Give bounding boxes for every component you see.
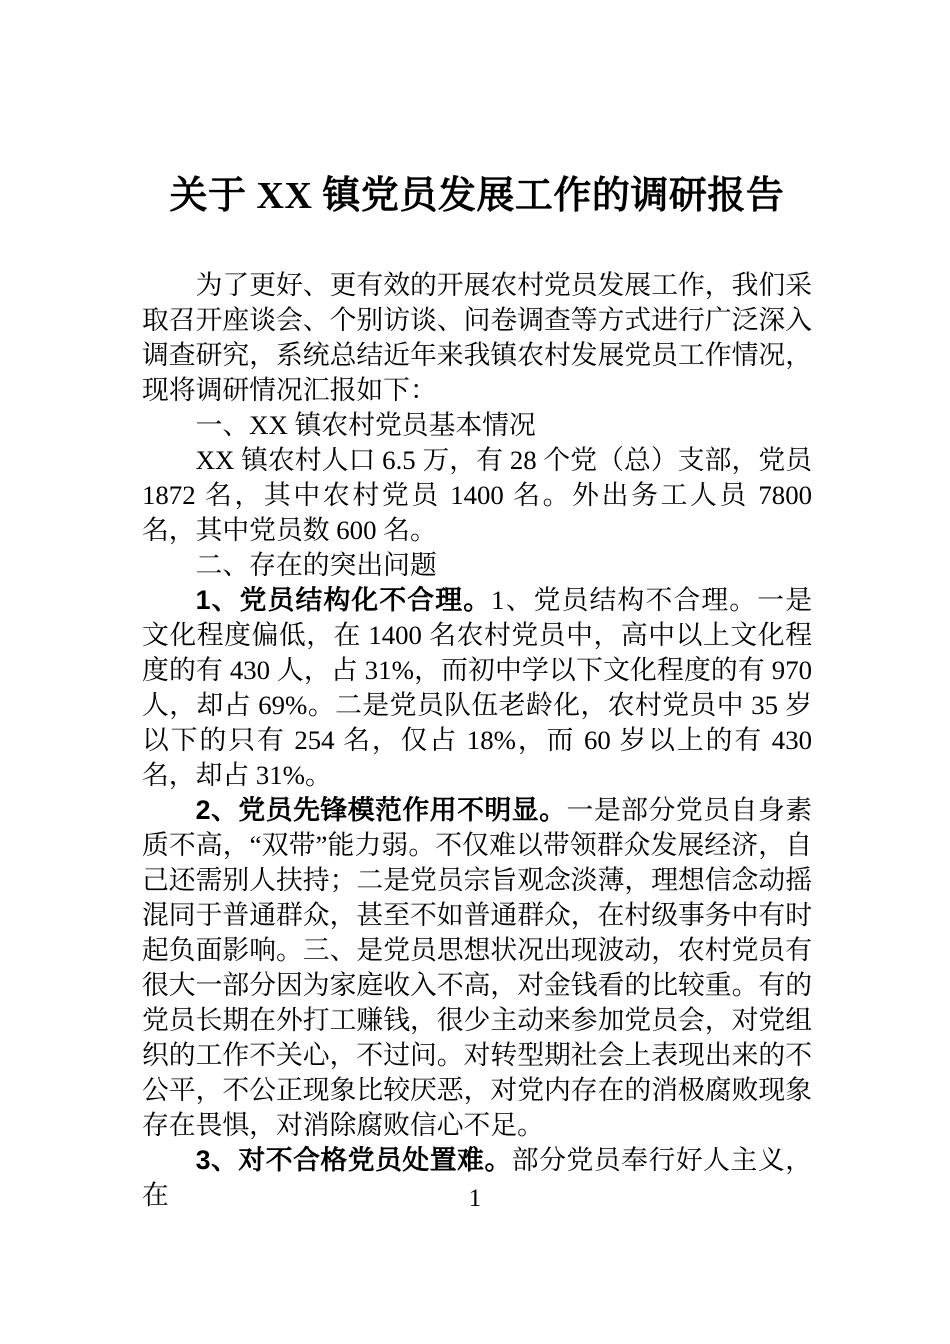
issue-2-body: 一是部分党员自身素质不高，“双带”能力弱。不仅难以带领群众发展经济，自己还需别人… bbox=[142, 795, 812, 1140]
section-1-heading: 一、XX 镇农村党员基本情况 bbox=[142, 408, 812, 443]
issue-1-body: 1、党员结构不合理。一是文化程度偏低，在 1400 名农村党员中，高中以上文化程… bbox=[142, 585, 812, 790]
document-title: 关于 XX 镇党员发展工作的调研报告 bbox=[142, 172, 812, 220]
section-2-heading: 二、存在的突出问题 bbox=[142, 548, 812, 583]
issue-2-lead: 2、党员先锋模范作用不明显。 bbox=[196, 795, 567, 825]
section-1-paragraph: XX 镇农村人口 6.5 万，有 28 个党（总）支部，党员 1872 名，其中… bbox=[142, 443, 812, 548]
issue-2-paragraph: 2、党员先锋模范作用不明显。一是部分党员自身素质不高，“双带”能力弱。不仅难以带… bbox=[142, 793, 812, 1143]
issue-3-lead: 3、对不合格党员处置难。 bbox=[196, 1145, 512, 1175]
issue-1-lead: 1、党员结构化不合理。 bbox=[196, 585, 492, 615]
document-page: 关于 XX 镇党员发展工作的调研报告 为了更好、更有效的开展农村党员发展工作，我… bbox=[0, 0, 950, 1344]
page-number: 1 bbox=[0, 1184, 950, 1214]
issue-1-paragraph: 1、党员结构化不合理。1、党员结构不合理。一是文化程度偏低，在 1400 名农村… bbox=[142, 583, 812, 793]
intro-paragraph: 为了更好、更有效的开展农村党员发展工作，我们采取召开座谈会、个别访谈、问卷调查等… bbox=[142, 268, 812, 408]
